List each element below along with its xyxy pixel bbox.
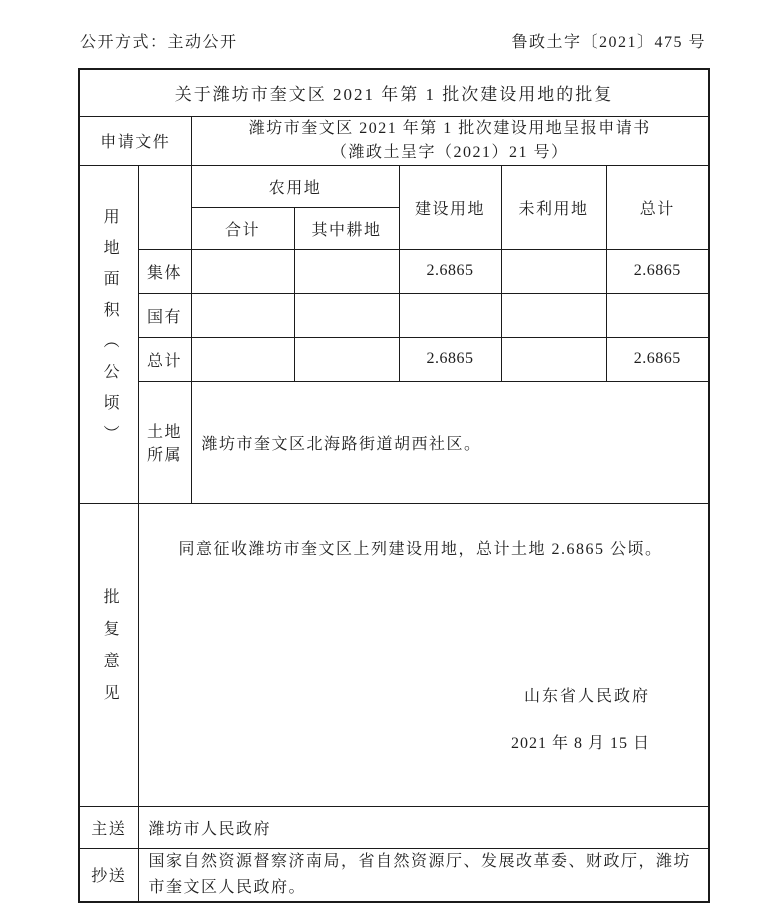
land-owner-row: 土地所属 潍坊市奎文区北海路街道胡西社区。 bbox=[79, 381, 709, 503]
area-row-total: 总计 2.6865 2.6865 bbox=[79, 337, 709, 381]
main-recipient-row: 主送 潍坊市人民政府 bbox=[79, 806, 709, 848]
collective-unused bbox=[501, 249, 606, 293]
main-recipient-value: 潍坊市人民政府 bbox=[138, 806, 709, 848]
state-construction bbox=[399, 293, 501, 337]
collective-total: 2.6865 bbox=[606, 249, 709, 293]
col-header-agri-farmland: 其中耕地 bbox=[294, 207, 399, 249]
corner-empty-cell bbox=[138, 165, 191, 249]
approval-statement: 同意征收潍坊市奎文区上列建设用地，总计土地 2.6865 公顷。 bbox=[179, 538, 705, 562]
land-owner-value: 潍坊市奎文区北海路街道胡西社区。 bbox=[191, 381, 709, 503]
application-doc-label: 申请文件 bbox=[79, 116, 191, 165]
land-area-unit-header: 用地面积（公顷） bbox=[79, 165, 138, 503]
application-doc-value: 潍坊市奎文区 2021 年第 1 批次建设用地呈报申请书 （潍政土呈字（2021… bbox=[191, 116, 709, 165]
application-doc-line2: （潍政土呈字（2021）21 号） bbox=[192, 141, 709, 165]
col-header-agri-subtotal: 合计 bbox=[191, 207, 294, 249]
document-number: 鲁政土字〔2021〕475 号 bbox=[511, 29, 706, 52]
state-total bbox=[606, 293, 709, 337]
total-construction: 2.6865 bbox=[399, 337, 501, 381]
approval-opinion-content: 同意征收潍坊市奎文区上列建设用地，总计土地 2.6865 公顷。 山东省人民政府… bbox=[138, 503, 709, 806]
col-header-unused: 未利用地 bbox=[501, 165, 606, 249]
approval-signer: 山东省人民政府 bbox=[139, 687, 709, 707]
state-unused bbox=[501, 293, 606, 337]
area-row-state-owned: 国有 bbox=[79, 293, 709, 337]
approval-date: 2021 年 8 月 15 日 bbox=[139, 734, 709, 754]
application-doc-line1: 潍坊市奎文区 2021 年第 1 批次建设用地呈报申请书 bbox=[192, 117, 709, 141]
approval-opinion-label: 批复意见 bbox=[100, 588, 117, 716]
col-header-construction: 建设用地 bbox=[399, 165, 501, 249]
state-agri-subtotal bbox=[191, 293, 294, 337]
row-label-state-owned: 国有 bbox=[138, 293, 191, 337]
total-agri-farmland bbox=[294, 337, 399, 381]
approval-opinion-label-cell: 批复意见 bbox=[79, 503, 138, 806]
total-unused bbox=[501, 337, 606, 381]
application-row: 申请文件 潍坊市奎文区 2021 年第 1 批次建设用地呈报申请书 （潍政土呈字… bbox=[79, 116, 709, 165]
collective-construction: 2.6865 bbox=[399, 249, 501, 293]
land-area-unit-label: 用地面积（公顷） bbox=[100, 208, 117, 456]
approval-opinion-row: 批复意见 同意征收潍坊市奎文区上列建设用地，总计土地 2.6865 公顷。 山东… bbox=[79, 503, 709, 806]
document-header: 公开方式：主动公开 鲁政土字〔2021〕475 号 bbox=[80, 29, 706, 52]
title-row: 关于潍坊市奎文区 2021 年第 1 批次建设用地的批复 bbox=[79, 69, 709, 116]
area-row-collective: 集体 2.6865 2.6865 bbox=[79, 249, 709, 293]
approval-table: 关于潍坊市奎文区 2021 年第 1 批次建设用地的批复 申请文件 潍坊市奎文区… bbox=[78, 68, 710, 903]
row-label-total: 总计 bbox=[138, 337, 191, 381]
collective-agri-subtotal bbox=[191, 249, 294, 293]
area-header-row-top: 用地面积（公顷） 农用地 建设用地 未利用地 总计 bbox=[79, 165, 709, 207]
col-header-total: 总计 bbox=[606, 165, 709, 249]
total-agri-subtotal bbox=[191, 337, 294, 381]
col-header-agricultural: 农用地 bbox=[191, 165, 399, 207]
land-owner-label: 土地所属 bbox=[138, 381, 191, 503]
total-total: 2.6865 bbox=[606, 337, 709, 381]
document-title: 关于潍坊市奎文区 2021 年第 1 批次建设用地的批复 bbox=[79, 69, 709, 116]
cc-recipient-value: 国家自然资源督察济南局，省自然资源厅、发展改革委、财政厅，潍坊市奎文区人民政府。 bbox=[138, 848, 709, 902]
row-label-collective: 集体 bbox=[138, 249, 191, 293]
state-agri-farmland bbox=[294, 293, 399, 337]
disclosure-method: 公开方式：主动公开 bbox=[80, 29, 238, 52]
collective-agri-farmland bbox=[294, 249, 399, 293]
cc-recipient-row: 抄送 国家自然资源督察济南局，省自然资源厅、发展改革委、财政厅，潍坊市奎文区人民… bbox=[79, 848, 709, 902]
cc-recipient-label: 抄送 bbox=[79, 848, 138, 902]
main-recipient-label: 主送 bbox=[79, 806, 138, 848]
